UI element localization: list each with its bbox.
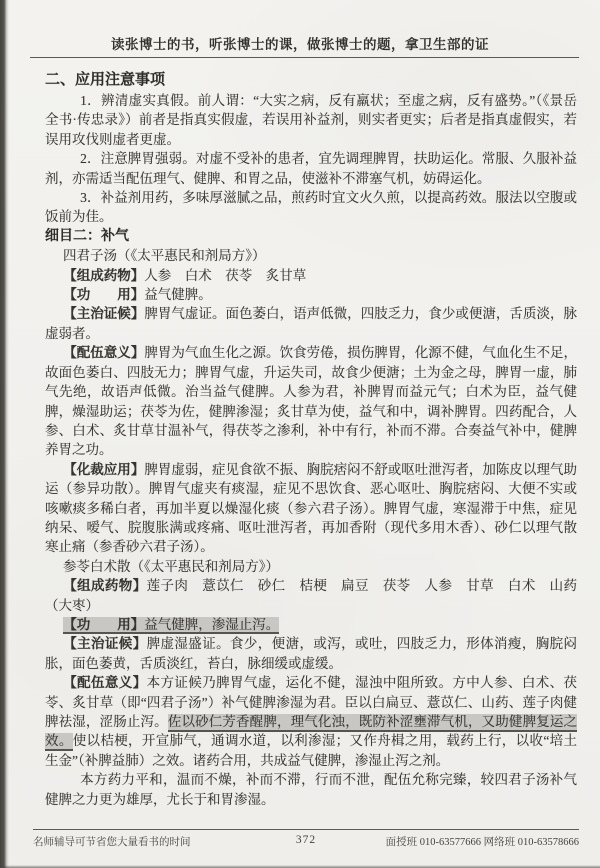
- entry-label: 【主治证候】: [63, 636, 146, 651]
- page-footer: 名师辅导可节省您大量看书的时间 372 面授班 010-63577666 网络班…: [33, 829, 579, 849]
- formula2-title: 参苓白术散（《太平惠民和剂局方》）: [45, 557, 577, 576]
- note-paragraph-2: 2．注意脾胃强弱。对虚不受补的患者，宜先调理脾胃，扶助运化。常服、久服补益剂，亦…: [45, 149, 577, 188]
- subsection-title: 细目二：补气: [45, 227, 577, 246]
- entry-text: 脾胃为气血生化之源。饮食劳倦，损伤脾胃，化源不健，气血化生不足，故面色萎白、四肢…: [45, 345, 577, 457]
- header-rule: [30, 57, 579, 58]
- entry-text: 益气健脾，渗湿止泻。: [144, 617, 279, 632]
- entry-label: 【化裁应用】: [63, 462, 144, 477]
- formula2-entry-function: 【功 用】益气健脾，渗湿止泻。: [45, 615, 577, 634]
- formula2-entry-indications: 【主治证候】脾虚湿盛证。食少，便溏，或泻，或吐，四肢乏力，形体消瘦，胸脘闷胀，面…: [45, 634, 577, 673]
- entry-text: 人参 白术 茯苓 炙甘草: [144, 268, 306, 283]
- entry-text: 益气健脾。: [144, 287, 212, 302]
- page-number: 372: [296, 834, 316, 846]
- entry-label: 【功 用】: [63, 287, 144, 302]
- footer-left-text: 名师辅导可节省您大量看书的时间: [33, 834, 191, 849]
- formula2-entry-composition: 【组成药物】莲子肉 薏苡仁 砂仁 桔梗 扁豆 茯苓 人参 甘草 白术 山药（大枣…: [45, 576, 577, 615]
- page-header: 读张博士的书，听张博士的课，做张博士的题，拿卫生部的证: [0, 0, 600, 58]
- entry-label: 【主治证候】: [63, 306, 144, 321]
- entry-label: 【组成药物】: [63, 578, 146, 593]
- entry-label: 【组成药物】: [63, 268, 144, 283]
- entry-text: 使以桔梗，开宣肺气，通调水道，以利渗湿；又作舟楫之用，载药上行，以收“培土生金”…: [45, 733, 577, 767]
- entry-label: 【功 用】: [63, 617, 144, 632]
- book-spine-shadow: [0, 0, 9, 868]
- formula1-entry-modifications: 【化裁应用】脾胃虚弱，症见食欲不振、胸脘痞闷不舒或呕吐泄泻者，加陈皮以理气助运（…: [45, 460, 577, 557]
- formula1-entry-function: 【功 用】益气健脾。: [45, 285, 577, 304]
- formula1-entry-rationale: 【配伍意义】脾胃为气血生化之源。饮食劳倦，损伤脾胃，化源不健，气血化生不足，故面…: [45, 343, 577, 459]
- entry-label: 【配伍意义】: [63, 675, 146, 690]
- entry-label: 【配伍意义】: [63, 345, 144, 360]
- highlighted-function-line: 【功 用】益气健脾，渗湿止泻。: [63, 617, 279, 635]
- formula2-entry-rationale: 【配伍意义】本方证候乃脾胃气虚，运化不健，湿浊中阻所致。方中人参、白术、茯苓、炙…: [45, 673, 577, 770]
- page-body: 二、应用注意事项 1．辨清虚实真假。前人谓：“大实之病，反有羸状；至虚之病，反有…: [45, 70, 577, 809]
- note-paragraph-1: 1．辨清虚实真假。前人谓：“大实之病，反有羸状；至虚之病，反有盛势。”（《景岳全…: [45, 91, 577, 149]
- formula1-title: 四君子汤（《太平惠民和剂局方》）: [45, 246, 577, 265]
- scanned-document-page: 读张博士的书，听张博士的课，做张博士的题，拿卫生部的证 二、应用注意事项 1．辨…: [0, 0, 600, 868]
- header-slogan: 读张博士的书，听张博士的课，做张博士的题，拿卫生部的证: [0, 33, 600, 53]
- formula1-entry-indications: 【主治证候】脾胃气虚证。面色萎白，语声低微，四肢乏力，食少或便溏，舌质淡，脉虚弱…: [45, 304, 577, 343]
- footer-row: 名师辅导可节省您大量看书的时间 372 面授班 010-63577666 网络班…: [33, 834, 579, 849]
- footer-right-text: 面授班 010-63577666 网络班 010-63578666: [386, 834, 579, 849]
- formula1-entry-composition: 【组成药物】人参 白术 茯苓 炙甘草: [45, 266, 577, 285]
- formula2-summary: 本方药力平和，温而不燥，补而不滞，行而不泄，配伍允称完臻，较四君子汤补气健脾之力…: [45, 770, 577, 809]
- note-paragraph-3: 3．补益剂用药，多味厚滋腻之品，煎药时宜文火久煎，以提高药效。服法以空腹或饭前为…: [45, 188, 577, 227]
- section-title: 二、应用注意事项: [45, 70, 577, 91]
